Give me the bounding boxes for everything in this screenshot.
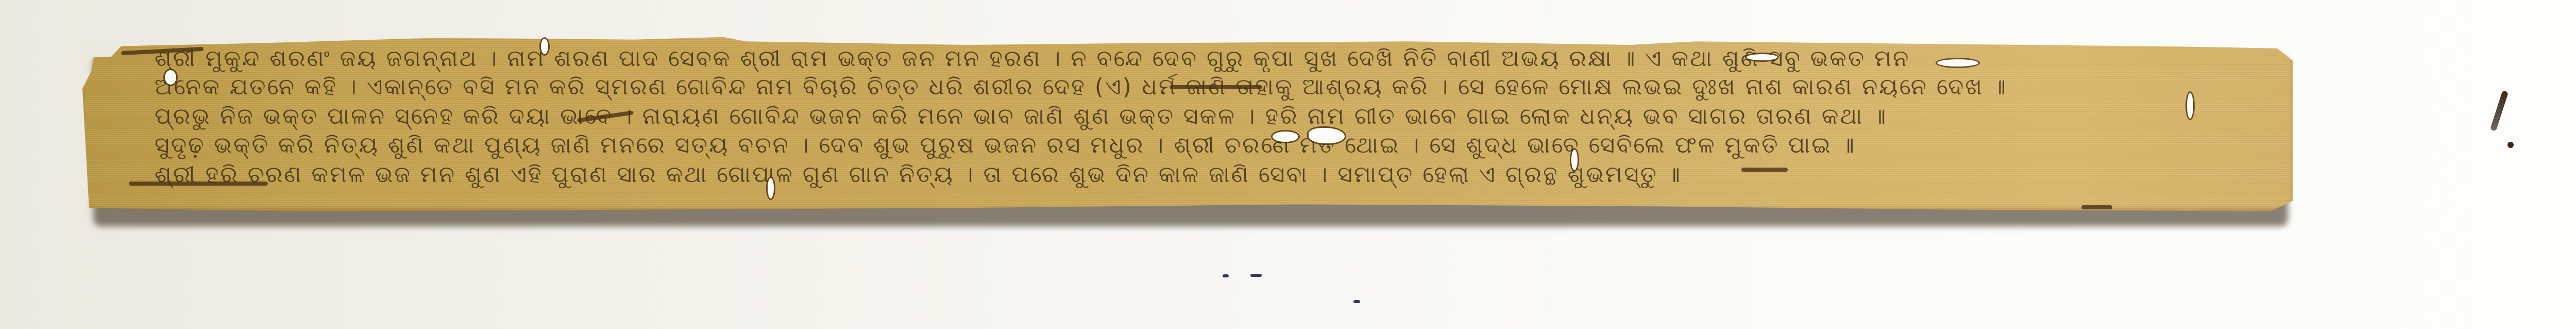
stray-ink-mark <box>1353 300 1360 303</box>
stray-ink-mark <box>1223 274 1229 277</box>
end-stroke-mark <box>2490 90 2509 131</box>
worm-hole <box>165 70 176 85</box>
ink-dot <box>2507 142 2514 148</box>
worm-hole <box>1571 150 1578 170</box>
worm-hole <box>1937 59 1978 67</box>
worm-tunnel <box>129 182 268 186</box>
manuscript-text: ଶ୍ରୀ ମୁକୁନ୍ଦ ଶରଣଂ ଜୟ ଜଗନ୍ନାଥ । ନାମ ଶରଣ ପ… <box>155 45 2282 200</box>
manuscript-photo: ଶ୍ରୀ ମୁକୁନ୍ଦ ଶରଣଂ ଜୟ ଜଗନ୍ନାଥ । ନାମ ଶରଣ ପ… <box>0 0 2576 329</box>
worm-hole <box>2187 93 2193 119</box>
script-line-5: ଶ୍ରୀ ହରି ଚରଣ କମଳ ଭଜ ମନ ଶୁଣ ଏହି ପୁରାଣ ସାର… <box>155 161 2282 188</box>
stray-ink-mark <box>1250 274 1262 277</box>
worm-hole <box>1747 54 1777 60</box>
worm-tunnel <box>2081 205 2112 209</box>
script-line-4: ସୁଦୃଢ଼ ଭକ୍ତି କରି ନିତ୍ୟ ଶୁଣି କଥା ପୁଣ୍ୟ ଜା… <box>155 132 2282 159</box>
script-line-3: ପ୍ରଭୁ ନିଜ ଭକ୍ତ ପାଳନ ସ୍ନେହ କରି ଦୟା ଭାବେ ।… <box>155 103 2282 130</box>
worm-tunnel <box>1170 85 1262 89</box>
worm-hole <box>541 39 548 54</box>
worm-hole <box>1273 131 1298 142</box>
worm-hole <box>1309 128 1345 143</box>
worm-tunnel <box>1741 168 1788 172</box>
worm-hole <box>768 178 774 199</box>
script-line-1: ଶ୍ରୀ ମୁକୁନ୍ଦ ଶରଣଂ ଜୟ ଜଗନ୍ନାଥ । ନାମ ଶରଣ ପ… <box>155 45 2282 72</box>
